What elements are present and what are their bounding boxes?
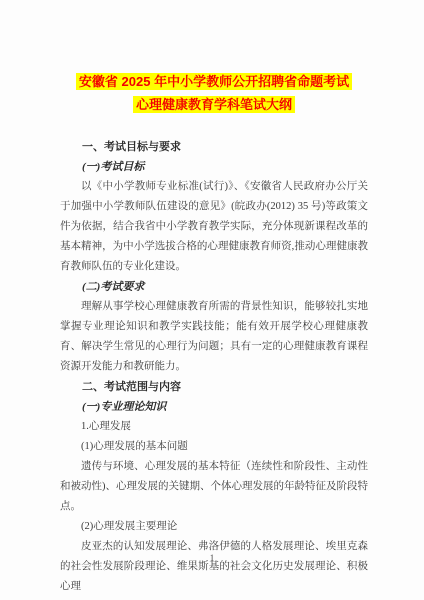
document-page: 安徽省 2025 年中小学教师公开招聘省命题考试心理健康教育学科笔试大纲 一、考… bbox=[0, 0, 424, 600]
title-line: 安徽省 2025 年中小学教师公开招聘省命题考试 bbox=[60, 70, 368, 93]
page-number: 1 bbox=[0, 553, 424, 563]
block-sub: (1)心理发展的基本问题 bbox=[60, 437, 368, 457]
block-h1: 二、考试范围与内容 bbox=[60, 377, 368, 397]
block-sub: (2)心理发展主要理论 bbox=[60, 517, 368, 537]
title-highlight-text: 心理健康教育学科笔试大纲 bbox=[133, 96, 295, 113]
block-h2: (一)专业理论知识 bbox=[60, 397, 368, 417]
block-p: 理解从事学校心理健康教育所需的背景性知识，能够较扎实地掌握专业理论知识和教学实践… bbox=[60, 297, 368, 377]
document-title: 安徽省 2025 年中小学教师公开招聘省命题考试心理健康教育学科笔试大纲 bbox=[60, 70, 368, 116]
page-content: 安徽省 2025 年中小学教师公开招聘省命题考试心理健康教育学科笔试大纲 一、考… bbox=[60, 70, 368, 597]
block-h2: (二)考试要求 bbox=[60, 277, 368, 297]
block-p: 以《中小学教师专业标准(试行)》、《安徽省人民政府办公厅关于加强中小学教师队伍建… bbox=[60, 177, 368, 277]
block-p: 遗传与环境、心理发展的基本特征（连续性和阶段性、主动性和被动性)、心理发展的关键… bbox=[60, 457, 368, 517]
block-p: 皮亚杰的认知发展理论、弗洛伊德的人格发展理论、埃里克森的社会性发展阶段理论、维果… bbox=[60, 537, 368, 597]
title-highlight-text: 安徽省 2025 年中小学教师公开招聘省命题考试 bbox=[76, 73, 352, 90]
block-h1: 一、考试目标与要求 bbox=[60, 137, 368, 157]
block-h2: (一)考试目标 bbox=[60, 157, 368, 177]
document-body: 一、考试目标与要求(一)考试目标以《中小学教师专业标准(试行)》、《安徽省人民政… bbox=[60, 137, 368, 597]
block-sub: 1.心理发展 bbox=[60, 417, 368, 437]
title-line: 心理健康教育学科笔试大纲 bbox=[60, 93, 368, 116]
